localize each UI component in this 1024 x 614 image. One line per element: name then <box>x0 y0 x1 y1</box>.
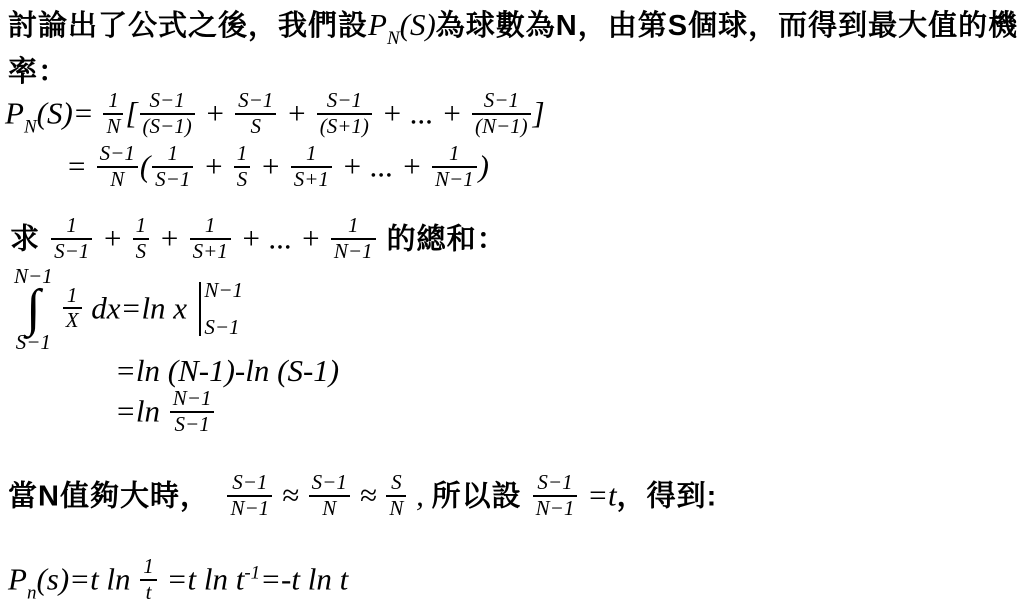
math-text: (S)= <box>37 96 102 131</box>
fraction: N−1S−1 <box>170 387 215 436</box>
fraction-denominator: (S−1) <box>140 115 195 139</box>
fraction-denominator: N−1 <box>432 168 477 192</box>
math-text: + ... + <box>374 96 470 131</box>
approximation-line: 當N值夠大時， S−1N−1 ≈ S−1N ≈ SN , 所以設 S−1N−1 … <box>8 474 717 523</box>
integral-line: N−1∫S−11X dx=ln x N−1S−1 <box>14 268 243 355</box>
fraction-denominator: (N−1) <box>472 115 531 139</box>
fraction: 1N−1 <box>432 142 477 191</box>
fraction: 1N−1 <box>331 214 376 263</box>
fraction-denominator: N−1 <box>331 240 376 264</box>
fraction: S−1(N−1) <box>472 89 531 138</box>
chinese-text: 當N值夠大時， <box>8 481 210 513</box>
math-text <box>210 478 226 513</box>
fraction-numerator: S−1 <box>533 471 578 497</box>
math-text: P <box>368 7 387 42</box>
integral: N−1∫S−1 <box>14 266 53 353</box>
intro-line-1: 討論出了公式之後，我們設PN(S)為球數為N，由第S個球，而得到最大值的機 <box>8 6 1018 51</box>
math-text: ) <box>479 149 489 184</box>
formula-pn-definition: PN(S)= 1N[S−1(S−1) + S−1S + S−1(S+1) + .… <box>5 92 545 141</box>
math-text: =ln (N-1)-ln (S-1) <box>115 353 339 388</box>
math-text: [ <box>125 96 137 131</box>
document-page: 討論出了公式之後，我們設PN(S)為球數為N，由第S個球，而得到最大值的機 率：… <box>0 0 1024 614</box>
fraction: 1S−1 <box>152 142 193 191</box>
fraction-denominator: N−1 <box>227 497 272 521</box>
fraction-numerator: S−1 <box>472 89 531 115</box>
math-text: + <box>278 96 314 131</box>
fraction-denominator: N <box>103 115 123 139</box>
fraction-numerator: N−1 <box>170 387 215 413</box>
fraction-denominator: (S+1) <box>317 115 372 139</box>
fraction-denominator: S <box>234 168 251 192</box>
fraction: S−1S <box>235 89 276 138</box>
fraction-numerator: 1 <box>63 284 82 310</box>
fraction: 1S <box>234 142 251 191</box>
math-text: (S) <box>400 7 436 42</box>
integral-sign: ∫ <box>22 287 44 332</box>
formula-pn-factored: = S−1N(1S−1 + 1S + 1S+1 + ... + 1N−1) <box>66 145 489 194</box>
math-text: P <box>8 562 27 597</box>
fraction: S−1(S−1) <box>140 89 195 138</box>
math-text: + <box>151 221 187 256</box>
subscript: n <box>27 583 37 604</box>
fraction-denominator: N <box>309 497 350 521</box>
fraction-numerator: S−1 <box>309 471 350 497</box>
chinese-text: 的總和： <box>378 224 507 256</box>
fraction-denominator: S+1 <box>190 240 231 264</box>
fraction-numerator: 1 <box>51 214 92 240</box>
sum-question-line: 求 1S−1 + 1S + 1S+1 + ... + 1N−1 的總和： <box>10 217 507 266</box>
final-result-line: Pn(s)=t ln 1t =t ln t-1=-t ln t <box>8 558 348 607</box>
math-text: ( <box>140 149 150 184</box>
log-fraction-line: =ln N−1S−1 <box>115 390 216 439</box>
fraction-denominator: X <box>63 309 82 333</box>
log-difference-line: =ln (N-1)-ln (S-1) <box>115 352 339 391</box>
fraction: S−1N−1 <box>227 471 272 520</box>
fraction-numerator: S−1 <box>227 471 272 497</box>
fraction-denominator: S−1 <box>51 240 92 264</box>
math-text: ] <box>533 96 545 131</box>
math-text: (s)=t ln <box>36 562 138 597</box>
evaluation-upper-limit: N−1 <box>204 280 243 301</box>
integral-lower-limit: S−1 <box>16 332 51 353</box>
subscript: N <box>387 28 400 49</box>
math-text: =-t ln t <box>260 562 348 597</box>
fraction: S−1N−1 <box>533 471 578 520</box>
fraction-numerator: 1 <box>234 142 251 168</box>
subscript: N <box>24 117 37 138</box>
fraction: 1S <box>133 214 150 263</box>
math-text: =t <box>579 478 616 513</box>
evaluation-bar: N−1S−1 <box>199 280 243 338</box>
fraction-denominator: N−1 <box>533 497 578 521</box>
math-text: + <box>197 96 233 131</box>
fraction-numerator: 1 <box>103 89 123 115</box>
fraction: 1S+1 <box>291 142 332 191</box>
fraction-numerator: S−1 <box>140 89 195 115</box>
fraction-denominator: S+1 <box>291 168 332 192</box>
fraction-numerator: S−1 <box>97 142 138 168</box>
math-text: dx=ln x <box>84 290 195 325</box>
fraction: 1N <box>103 89 123 138</box>
math-text: + <box>252 149 288 184</box>
chinese-text: 率： <box>8 56 68 88</box>
fraction-denominator: S−1 <box>170 413 215 437</box>
math-text: =t ln t <box>159 562 245 597</box>
math-text: + <box>94 221 130 256</box>
fraction-numerator: 1 <box>133 214 150 240</box>
math-text: ≈ <box>274 478 307 513</box>
superscript: -1 <box>244 563 260 584</box>
chinese-text: 討論出了公式之後，我們設 <box>8 10 368 42</box>
fraction: S−1N <box>97 142 138 191</box>
fraction-denominator: N <box>386 497 406 521</box>
fraction-numerator: 1 <box>190 214 231 240</box>
math-text: + <box>195 149 231 184</box>
math-text: P <box>5 96 24 131</box>
math-text: ≈ <box>352 478 385 513</box>
chinese-text: ，得到: <box>617 481 718 513</box>
fraction-numerator: 1 <box>140 555 157 581</box>
evaluation-limits: N−1S−1 <box>201 280 243 338</box>
fraction: 1S+1 <box>190 214 231 263</box>
fraction-numerator: 1 <box>152 142 193 168</box>
math-text: + ... + <box>233 221 329 256</box>
intro-line-2: 率： <box>8 52 68 91</box>
math-text: =ln <box>115 394 168 429</box>
fraction-denominator: N <box>97 168 138 192</box>
fraction: SN <box>386 471 406 520</box>
fraction-denominator: S <box>235 115 276 139</box>
math-text: = <box>66 149 95 184</box>
fraction: 1S−1 <box>51 214 92 263</box>
math-text: , <box>408 478 431 513</box>
fraction-numerator: S−1 <box>317 89 372 115</box>
chinese-text: 所以設 <box>432 481 531 513</box>
fraction-denominator: t <box>140 581 157 605</box>
fraction: 1t <box>140 555 157 604</box>
evaluation-lower-limit: S−1 <box>204 317 243 338</box>
fraction-numerator: S <box>386 471 406 497</box>
fraction-numerator: 1 <box>432 142 477 168</box>
fraction-numerator: 1 <box>331 214 376 240</box>
chinese-text: 求 <box>10 224 49 256</box>
fraction: S−1N <box>309 471 350 520</box>
fraction-denominator: S−1 <box>152 168 193 192</box>
fraction: 1X <box>63 284 82 333</box>
fraction: S−1(S+1) <box>317 89 372 138</box>
chinese-text: 為球數為N，由第S個球，而得到最大值的機 <box>436 10 1018 42</box>
fraction-numerator: 1 <box>291 142 332 168</box>
fraction-denominator: S <box>133 240 150 264</box>
math-text: + ... + <box>334 149 430 184</box>
fraction-numerator: S−1 <box>235 89 276 115</box>
